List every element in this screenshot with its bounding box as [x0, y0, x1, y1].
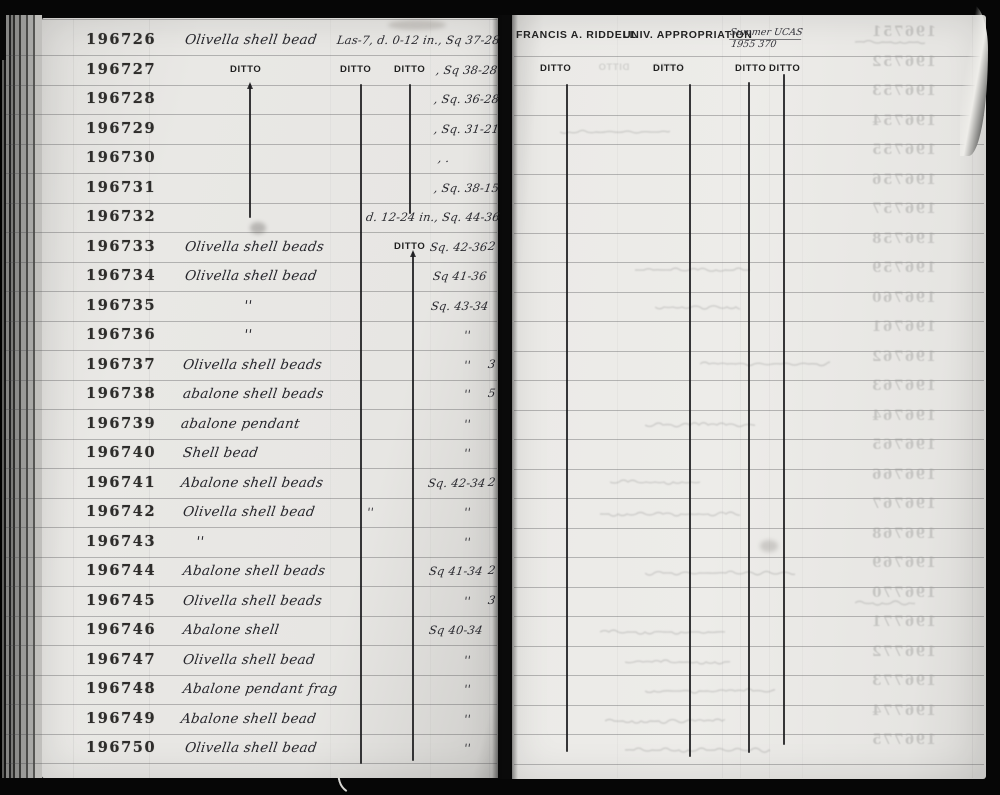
ditto-line — [412, 252, 414, 761]
rule-line — [6, 468, 497, 469]
ditto-line-arrowhead — [247, 82, 253, 89]
description: abalone shell beads — [182, 384, 325, 404]
column-line — [73, 19, 74, 778]
catalog-number: 196745 — [86, 591, 156, 611]
provenience: Sq 41-34 — [428, 561, 484, 581]
provenience: Las-7, d. 0-12 in., Sq 37-28 — [336, 30, 502, 50]
column-line — [769, 16, 770, 778]
bleed-number: 196766 — [872, 467, 936, 483]
bleed-number: 196755 — [872, 142, 936, 158]
rule-line — [6, 262, 497, 263]
ledger-scan: FRANCIS A. RIDDELL UNIV. APPROPRIATION S… — [0, 0, 1000, 795]
provenience: Sq. 42-36 — [429, 237, 489, 257]
ditto-line — [783, 74, 785, 745]
catalog-number: 196749 — [86, 709, 156, 729]
catalog-number: 196731 — [86, 178, 156, 198]
column-line — [330, 19, 331, 778]
ditto-stamp: DITTO — [394, 237, 425, 257]
catalog-number: 196727 — [86, 60, 156, 80]
description: Abalone shell bead — [180, 709, 318, 729]
bleed-number: 196759 — [872, 260, 936, 276]
description: Olivella shell beads — [182, 355, 324, 375]
bleed-handwriting — [635, 262, 750, 274]
catalog-number: 196739 — [86, 414, 156, 434]
rule-line — [6, 557, 497, 558]
rule-line — [6, 527, 497, 528]
description: Abalone pendant frag — [182, 679, 339, 699]
bleed-handwriting — [855, 34, 925, 46]
bleed-number: 196773 — [872, 673, 936, 689]
bleed-number: 196758 — [872, 231, 936, 247]
bleed-number: 196771 — [872, 614, 936, 630]
bleed-handwriting — [600, 624, 725, 636]
smudge — [760, 540, 778, 552]
bleed-number: 196769 — [872, 555, 936, 571]
catalog-number: 196746 — [86, 620, 156, 640]
bleed-number: 196762 — [872, 349, 936, 365]
bleed-number: 196765 — [872, 437, 936, 453]
rule-line — [6, 498, 497, 499]
catalog-number: 196742 — [86, 502, 156, 522]
description: Olivella shell bead — [184, 30, 319, 50]
bleed-handwriting — [855, 595, 915, 607]
smudge — [388, 20, 446, 30]
bleed-number: 196763 — [872, 378, 936, 394]
catalog-number: 196732 — [86, 207, 156, 227]
description: Olivella shell bead — [184, 738, 319, 758]
border-top — [0, 0, 1000, 15]
catalog-number: 196729 — [86, 119, 156, 139]
column-line — [430, 19, 431, 778]
rule-line — [6, 734, 497, 735]
description: DITTO — [230, 60, 261, 80]
bleed-number: 196775 — [872, 732, 936, 748]
rule-line — [6, 675, 497, 676]
bleed-handwriting — [560, 124, 670, 136]
bleed-number: 196768 — [872, 526, 936, 542]
bleed-handwriting — [645, 683, 775, 695]
ditto-stamp: DITTO — [769, 59, 800, 79]
bleed-number: 196767 — [872, 496, 936, 512]
description: Abalone shell — [182, 620, 281, 640]
ditto-stamp: DITTO — [340, 60, 371, 80]
rule-line — [6, 586, 497, 587]
description: Olivella shell bead — [184, 266, 319, 286]
rule-line — [6, 763, 497, 764]
description: Olivella shell bead — [182, 650, 317, 670]
provenience: Sq. 42-34 — [427, 473, 487, 493]
ditto-line — [748, 82, 750, 753]
smudge — [250, 222, 266, 234]
border-bottom — [0, 779, 1000, 795]
catalog-number: 196737 — [86, 355, 156, 375]
column-line — [802, 16, 803, 778]
provenience: , Sq 38-28 — [435, 60, 499, 80]
rule-line — [6, 409, 497, 410]
bleed-handwriting — [600, 506, 740, 518]
description: Olivella shell beads — [182, 591, 324, 611]
rule-line — [6, 144, 497, 145]
description: Abalone shell beads — [180, 473, 325, 493]
catalog-number: 196733 — [86, 237, 156, 257]
bleed-handwriting — [645, 417, 755, 429]
bleed-number: 196772 — [872, 644, 936, 660]
accession-note-line2: 1955 370 — [730, 39, 777, 51]
catalog-number: 196743 — [86, 532, 156, 552]
rule-line — [6, 114, 497, 115]
bleed-number: 196764 — [872, 408, 936, 424]
ditto-line — [360, 84, 362, 764]
description: abalone pendant — [180, 414, 302, 434]
rule-line — [6, 380, 497, 381]
ditto-line — [249, 84, 251, 218]
border-corner-topleft — [0, 0, 6, 60]
description: Abalone shell beads — [182, 561, 327, 581]
bleed-number: 196774 — [872, 703, 936, 719]
provenience: , Sq. 36-28 — [433, 89, 501, 109]
rule-line — [6, 55, 497, 56]
catalog-number: 196728 — [86, 89, 156, 109]
bleed-handwriting — [625, 654, 730, 666]
ditto-stamp: DITTO — [394, 60, 425, 80]
catalog-number: 196740 — [86, 443, 156, 463]
catalog-number: 196741 — [86, 473, 156, 493]
catalog-number: 196734 — [86, 266, 156, 286]
ditto-line — [409, 84, 411, 214]
rule-line — [6, 645, 497, 646]
catalog-number: 196726 — [86, 30, 156, 50]
bleed-number: 196757 — [872, 201, 936, 217]
column-line — [740, 16, 741, 778]
ditto-line — [566, 84, 568, 752]
catalog-number: 196738 — [86, 384, 156, 404]
rule-line — [6, 173, 497, 174]
rule-line — [6, 704, 497, 705]
bleed-number: 196752 — [872, 54, 936, 70]
bleed-handwriting — [655, 299, 740, 311]
catalog-number: 196736 — [86, 325, 156, 345]
catalog-number: 196747 — [86, 650, 156, 670]
border-right — [986, 0, 1000, 795]
bleed-number: 196760 — [872, 290, 936, 306]
catalog-number: 196735 — [86, 296, 156, 316]
rule-line — [6, 439, 497, 440]
catalog-number: 196730 — [86, 148, 156, 168]
catalog-number: 196744 — [86, 561, 156, 581]
rule-line — [6, 616, 497, 617]
rule-line — [6, 203, 497, 204]
provenience: , Sq. 31-21 — [433, 119, 501, 139]
provenience: Sq 40-34 — [428, 620, 484, 640]
catalog-number: 196750 — [86, 738, 156, 758]
gutter-shadow — [492, 14, 518, 780]
description: Olivella shell bead — [182, 502, 317, 522]
rule-line — [6, 350, 497, 351]
provenience: Sq. 43-34 — [430, 296, 490, 316]
ditto-stamp: DITTO — [540, 59, 571, 79]
bleed-number: 196754 — [872, 113, 936, 129]
provenience: Sq 41-36 — [432, 266, 488, 286]
bleed-number: 196761 — [872, 319, 936, 335]
bleed-number: 196753 — [872, 83, 936, 99]
rule-line — [6, 291, 497, 292]
ditto-stamp: DITTO — [735, 59, 766, 79]
rule-line — [6, 321, 497, 322]
description: Olivella shell beads — [184, 237, 326, 257]
book-page-edges — [0, 14, 42, 778]
provenience: , Sq. 38-15 — [433, 178, 501, 198]
bleed-handwriting — [700, 356, 830, 368]
bleed-handwriting — [605, 713, 725, 725]
rule-line — [514, 764, 984, 765]
ditto-stamp: DITTO — [653, 59, 684, 79]
ditto-line — [689, 84, 691, 757]
bleed-number: 196756 — [872, 172, 936, 188]
bleed-ditto: DITTO — [598, 62, 629, 73]
catalog-number: 196748 — [86, 679, 156, 699]
bleed-handwriting — [645, 565, 795, 577]
bleed-handwriting — [610, 474, 700, 486]
description: Shell bead — [182, 443, 260, 463]
collector-name: FRANCIS A. RIDDELL — [516, 28, 637, 48]
provenience: d. 12-24 in., Sq. 44-36 — [365, 207, 502, 227]
